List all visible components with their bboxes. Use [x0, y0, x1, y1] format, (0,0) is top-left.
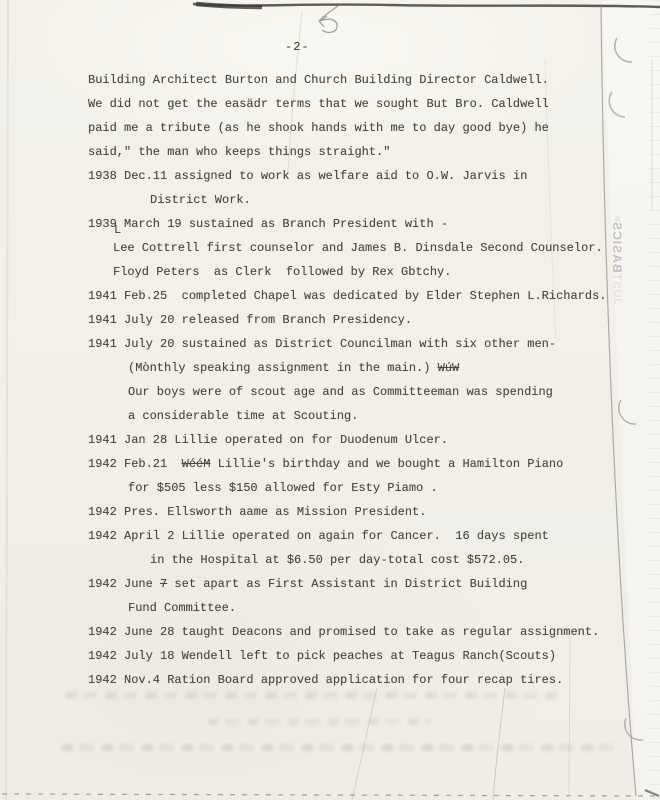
- typed-text-segment: a considerable time at Scouting.: [128, 409, 358, 423]
- perforation-line: [2, 794, 658, 796]
- typed-text-segment: Our boys were of scout age and as Commit…: [128, 385, 553, 399]
- typed-text-segment: 1942 June 28 taught Deacons and promised…: [88, 625, 599, 639]
- bleedthrough-smudge: [66, 692, 560, 699]
- typed-text-segment: 1941 Feb.25 completed Chapel was dedicat…: [88, 289, 606, 303]
- typed-text-segment: 1942 Pres. Ellsworth aame as Mission Pre…: [88, 505, 426, 519]
- typed-line: 1941 Feb.25 completed Chapel was dedicat…: [88, 284, 633, 308]
- typed-correction-letter: L: [114, 223, 121, 237]
- typed-text-body: Building Architect Burton and Church Bui…: [88, 68, 633, 692]
- typed-text-segment: Floyd Peters as Clerk followed by Rex Gb…: [113, 265, 451, 279]
- backing-ruled-lines: [650, 0, 660, 800]
- typed-line: Lee Cottrell first counselor and James B…: [113, 236, 633, 260]
- typed-text-segment: for $505 less $150 allowed for Esty Piam…: [128, 481, 438, 495]
- typed-line: in the Hospital at $6.50 per day-total c…: [150, 548, 633, 572]
- typed-line: for $505 less $150 allowed for Esty Piam…: [128, 476, 633, 500]
- typed-line: Our boys were of scout age and as Commit…: [128, 380, 633, 404]
- typed-text-segment: 1939 March 19 sustained as Branch Presid…: [88, 217, 448, 231]
- typed-line: 1942 April 2 Lillie operated on again fo…: [88, 524, 633, 548]
- typed-line: paid me a tribute (as he shook hands wit…: [88, 116, 633, 140]
- typed-line: 1939 March 19 sustained as Branch Presid…: [88, 212, 633, 236]
- typed-line: 1942 Nov.4 Ration Board approved applica…: [88, 668, 633, 692]
- typed-line: said," the man who keeps things straight…: [88, 140, 633, 164]
- typed-line: Fund Committee.: [128, 596, 633, 620]
- typed-line: 1938 Dec.11 assigned to work as welfare …: [88, 164, 633, 188]
- typed-line: 1942 June 28 taught Deacons and promised…: [88, 620, 633, 644]
- typed-line: 1942 Feb.21 WééM Lillie's birthday and w…: [88, 452, 633, 476]
- typed-text-segment: said," the man who keeps things straight…: [88, 145, 390, 159]
- typed-line: 1942 Pres. Ellsworth aame as Mission Pre…: [88, 500, 633, 524]
- typed-text-segment: 1942 July 18 Wendell left to pick peache…: [88, 649, 556, 663]
- typed-text-segment: Lillie's birthday and we bought a Hamilt…: [210, 457, 563, 471]
- struck-text: WééM: [182, 457, 211, 471]
- top-edge-blob: [196, 4, 262, 7]
- typed-text-segment: Fund Committee.: [128, 601, 236, 615]
- watermark-text-thin: JUST: [611, 273, 623, 305]
- bleedthrough-smudge: [62, 744, 618, 751]
- registered-mark-icon: ®: [614, 214, 621, 222]
- left-edge-crease: [6, 0, 8, 800]
- typed-text-segment: 1938 Dec.11 assigned to work as welfare …: [88, 169, 527, 183]
- typed-line: (Mònthly speaking assignment in the main…: [128, 356, 633, 380]
- typed-line: Floyd Peters as Clerk followed by Rex Gb…: [113, 260, 633, 284]
- handwritten-mark: [319, 6, 338, 32]
- bleedthrough-smudge: [208, 718, 432, 725]
- typed-text-segment: 1941 Jan 28 Lillie operated on for Duode…: [88, 433, 448, 447]
- typed-line: 1942 July 18 Wendell left to pick peache…: [88, 644, 633, 668]
- page-number: -2-: [285, 40, 310, 54]
- typed-text-segment: 1941 July 20 sustained as District Counc…: [88, 337, 556, 351]
- typed-text-segment: Building Architect Burton and Church Bui…: [88, 73, 549, 87]
- typed-text-segment: paid me a tribute (as he shook hands wit…: [88, 121, 549, 135]
- typed-line: 1942 June 7 set apart as First Assistant…: [88, 572, 633, 596]
- typed-text-segment: 1942 Feb.21: [88, 457, 182, 471]
- typed-text-segment: (Mònthly speaking assignment in the main…: [128, 361, 438, 375]
- typed-text-segment: District Work.: [150, 193, 251, 207]
- typed-text-segment: set apart as First Assistant in District…: [167, 577, 527, 591]
- top-edge-line: [193, 4, 660, 7]
- typed-text-segment: 1942 Nov.4 Ration Board approved applica…: [88, 673, 563, 687]
- typed-line: 1941 July 20 released from Branch Presid…: [88, 308, 633, 332]
- scanned-document-page: -2- Building Architect Burton and Church…: [0, 0, 660, 800]
- typed-text-segment: Lee Cottrell first counselor and James B…: [113, 241, 603, 255]
- typed-line: We did not get the easädr terms that we …: [88, 92, 633, 116]
- typed-text-segment: 1942 April 2 Lillie operated on again fo…: [88, 529, 549, 543]
- typed-text-segment: in the Hospital at $6.50 per day-total c…: [150, 553, 524, 567]
- typed-text-segment: We did not get the easädr terms that we …: [88, 97, 549, 111]
- typed-text-segment: 1941 July 20 released from Branch Presid…: [88, 313, 412, 327]
- paper-brand-watermark: JUSTBASICS®: [602, 200, 632, 318]
- typed-line: 1941 Jan 28 Lillie operated on for Duode…: [88, 428, 633, 452]
- typed-line: 1941 July 20 sustained as District Counc…: [88, 332, 633, 356]
- typed-text-segment: 1942 June: [88, 577, 160, 591]
- watermark-text-bold: BASICS: [610, 222, 624, 273]
- typed-line: District Work.: [150, 188, 633, 212]
- struck-text: WúW: [438, 361, 460, 375]
- typed-line: a considerable time at Scouting.: [128, 404, 633, 428]
- typed-line: Building Architect Burton and Church Bui…: [88, 68, 633, 92]
